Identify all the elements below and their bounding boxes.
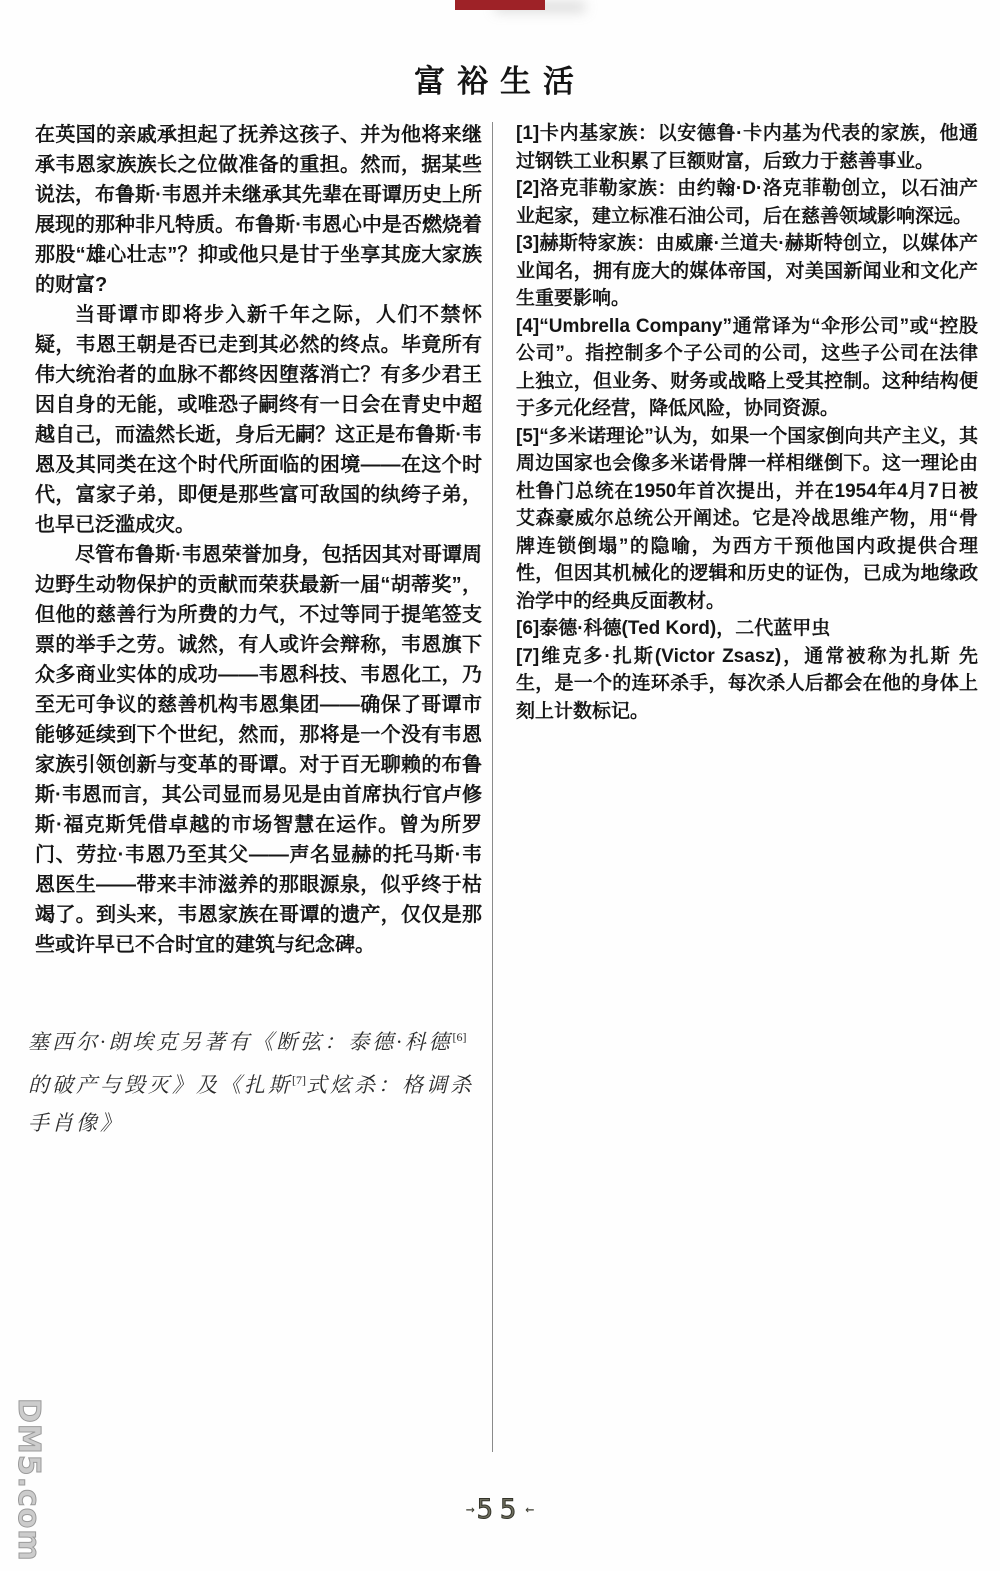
author-note-text: 的破产与毁灭》及《扎斯 (28, 1073, 292, 1097)
right-arrow-icon: → (466, 1500, 475, 1518)
footnote-label: [4] (516, 316, 539, 337)
footnote-text: 赫斯特家族：由威廉·兰道夫·赫斯特创立，以媒体产业闻名，拥有庞大的媒体帝国，对美… (516, 233, 978, 309)
footnote-3: [3]赫斯特家族：由威廉·兰道夫·赫斯特创立，以媒体产业闻名，拥有庞大的媒体帝国… (516, 230, 978, 313)
footnote-5: [5]“多米诺理论”认为，如果一个国家倒向共产主义，其周边国家也会像多米诺骨牌一… (516, 423, 978, 616)
footnote-2: [2]洛克菲勒家族：由约翰·D·洛克菲勒创立，以石油产业起家，建立标准石油公司，… (516, 175, 978, 230)
paragraph-3: 尽管布鲁斯·韦恩荣誉加身，包括因其对哥谭周边野生动物保护的贡献而荣获最新一届“胡… (35, 540, 482, 960)
footnote-text: 泰德·科德(Ted Kord)，二代蓝甲虫 (539, 618, 830, 639)
footnote-text: 洛克菲勒家族：由约翰·D·洛克菲勒创立，以石油产业起家，建立标准石油公司，后在慈… (516, 178, 978, 227)
footnote-text: 卡内基家族：以安德鲁·卡内基为代表的家族，他通过钢铁工业积累了巨额财富，后致力于… (516, 123, 978, 172)
footnotes-column: [1]卡内基家族：以安德鲁·卡内基为代表的家族，他通过钢铁工业积累了巨额财富，后… (516, 120, 978, 725)
footnote-text: “多米诺理论”认为，如果一个国家倒向共产主义，其周边国家也会像多米诺骨牌一样相继… (516, 426, 978, 612)
left-arrow-icon: ← (525, 1500, 534, 1518)
footnote-ref-6: [6] (453, 1030, 467, 1044)
paragraph-2: 当哥谭市即将步入新千年之际，人们不禁怀疑，韦恩王朝是否已走到其必然的终点。毕竟所… (35, 300, 482, 540)
column-divider (492, 122, 493, 1452)
page-number: →55← (0, 1494, 1000, 1525)
author-note-text: 塞西尔·朗埃克另著有《断弦：泰德·科德 (28, 1030, 453, 1054)
footnote-ref-7: [7] (292, 1073, 306, 1087)
footnote-label: [3] (516, 233, 539, 254)
footnote-label: [1] (516, 123, 539, 144)
page-number-digits: 55 (477, 1494, 524, 1525)
footnote-4: [4]“Umbrella Company”通常译为“伞形公司”或“控股公司”。指… (516, 313, 978, 423)
paragraph-1: 在英国的亲戚承担起了抚养这孩子、并为他将来继承韦恩家族族长之位做准备的重担。然而… (35, 120, 482, 300)
left-column: 在英国的亲戚承担起了抚养这孩子、并为他将来继承韦恩家族族长之位做准备的重担。然而… (35, 120, 482, 960)
footnote-7: [7]维克多·扎斯(Victor Zsasz)，通常被称为扎斯 先生，是一个的连… (516, 643, 978, 726)
footnote-label: [2] (516, 178, 539, 199)
page-title: 富裕生活 (0, 56, 1000, 101)
footnote-text: “Umbrella Company”通常译为“伞形公司”或“控股公司”。指控制多… (516, 316, 978, 420)
footnote-label: [5] (516, 426, 539, 447)
red-bar (455, 0, 545, 10)
author-note: 塞西尔·朗埃克另著有《断弦：泰德·科德[6]的破产与毁灭》及《扎斯[7]式炫杀：… (28, 1018, 483, 1142)
footnote-1: [1]卡内基家族：以安德鲁·卡内基为代表的家族，他通过钢铁工业积累了巨额财富，后… (516, 120, 978, 175)
footnote-label: [7] (516, 646, 539, 667)
footnote-6: [6]泰德·科德(Ted Kord)，二代蓝甲虫 (516, 615, 978, 643)
footnote-label: [6] (516, 618, 539, 639)
footnote-text: 维克多·扎斯(Victor Zsasz)，通常被称为扎斯 先生，是一个的连环杀手… (516, 646, 978, 722)
watermark-dm5-logo: DM5.com (4, 1398, 46, 1564)
